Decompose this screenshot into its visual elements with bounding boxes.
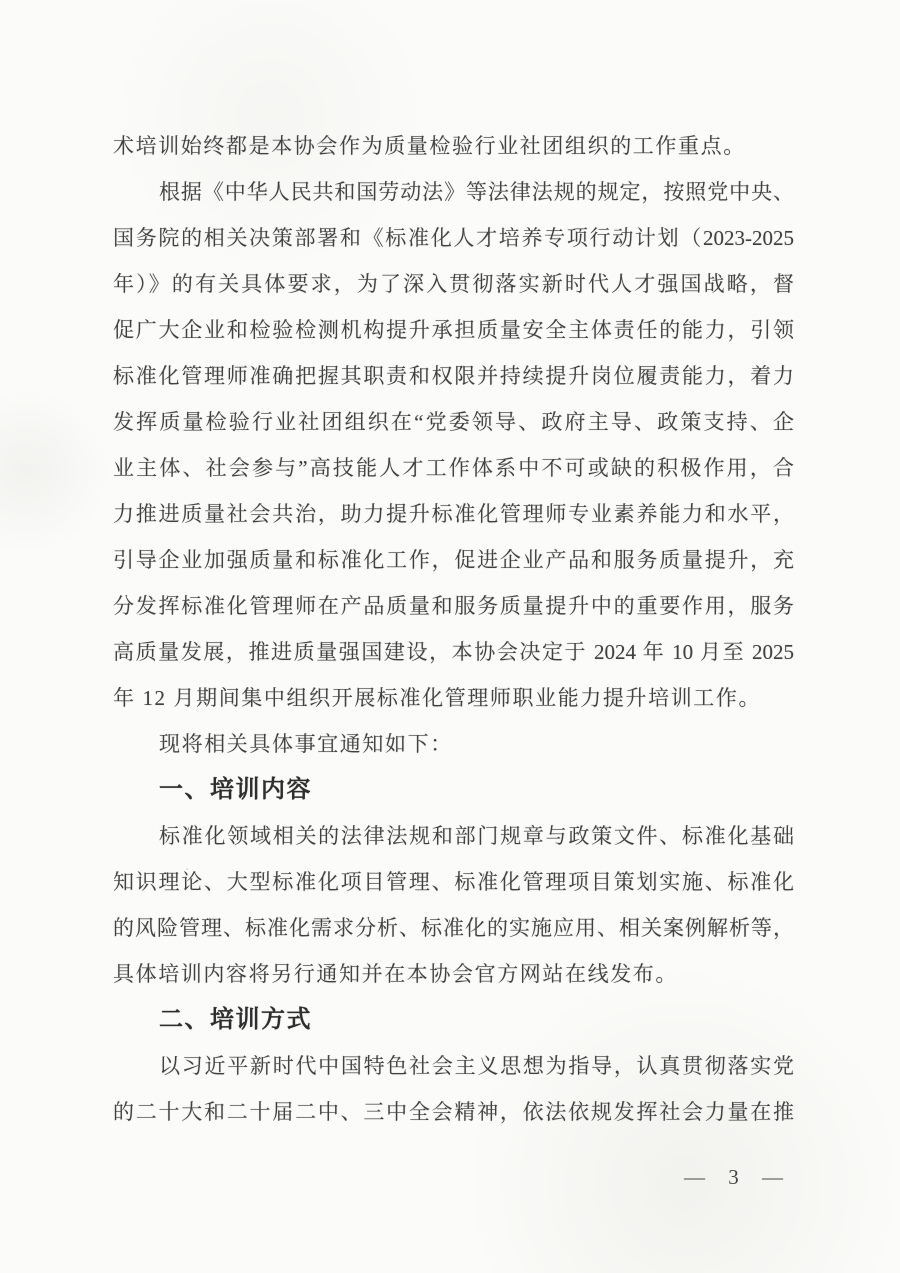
scan-speck [600,414,603,417]
document-line: 以习近平新时代中国特色社会主义思想为指导，认真贯彻落实党 [113,1043,794,1089]
document-line: 术培训始终都是本协会作为质量检验行业社团组织的工作重点。 [113,123,794,169]
section-heading: 二、培训方式 [113,997,794,1043]
document-body: 术培训始终都是本协会作为质量检验行业社团组织的工作重点。 根据《中华人民共和国劳… [113,123,794,1135]
document-line: 高质量发展，推进质量强国建设，本协会决定于 2024 年 10 月至 2025 [113,629,794,675]
document-line: 根据《中华人民共和国劳动法》等法律法规的规定，按照党中央、 [113,169,794,215]
document-line: 标准化领域相关的法律法规和部门规章与政策文件、标准化基础 [113,813,794,859]
document-line: 促广大企业和检验检测机构提升承担质量安全主体责任的能力，引领 [113,307,794,353]
document-line: 年）》的有关具体要求，为了深入贯彻落实新时代人才强国战略，督 [113,261,794,307]
document-line: 标准化管理师准确把握其职责和权限并持续提升岗位履责能力，着力 [113,353,794,399]
document-line: 发挥质量检验行业社团组织在“党委领导、政府主导、政策支持、企 [113,399,794,445]
section-heading: 一、培训内容 [113,767,794,813]
document-line: 现将相关具体事宜通知如下： [113,721,794,767]
document-line: 知识理论、大型标准化项目管理、标准化管理项目策划实施、标准化 [113,859,794,905]
document-line: 具体培训内容将另行通知并在本协会官方网站在线发布。 [113,951,794,997]
document-line: 分发挥标准化管理师在产品质量和服务质量提升中的重要作用，服务 [113,583,794,629]
document-line: 力推进质量社会共治，助力提升标准化管理师专业素养能力和水平， [113,491,794,537]
document-page: 术培训始终都是本协会作为质量检验行业社团组织的工作重点。 根据《中华人民共和国劳… [0,0,900,1273]
document-line: 年 12 月期间集中组织开展标准化管理师职业能力提升培训工作。 [113,675,794,721]
document-line: 引导企业加强质量和标准化工作，促进企业产品和服务质量提升，充 [113,537,794,583]
document-line: 的风险管理、标准化需求分析、标准化的实施应用、相关案例解析等， [113,905,794,951]
document-line: 的二十大和二十届二中、三中全会精神，依法依规发挥社会力量在推 [113,1089,794,1135]
scan-speck [186,868,188,870]
document-line: 国务院的相关决策部署和《标准化人才培养专项行动计划（2023-2025 [113,215,794,261]
document-line: 业主体、社会参与”高技能人才工作体系中不可或缺的积极作用，合 [113,445,794,491]
page-number: — 3 — [684,1162,792,1192]
